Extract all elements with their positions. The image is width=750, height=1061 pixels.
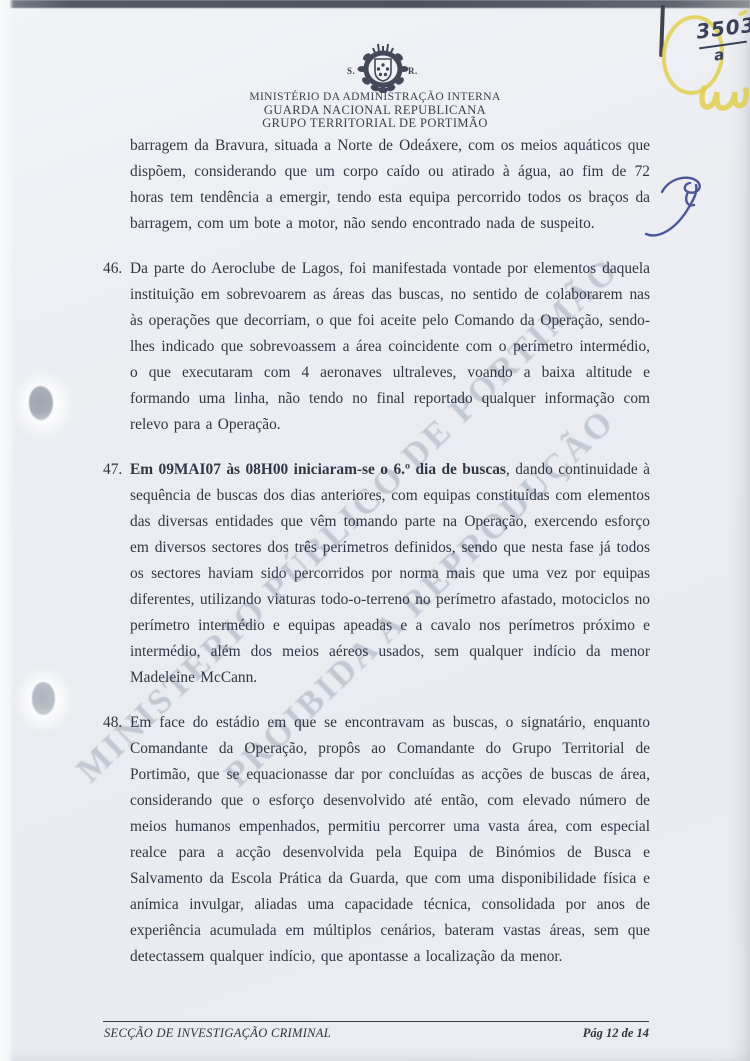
hole-punch-top <box>29 386 53 420</box>
yellow-scribble-annotation <box>698 82 750 116</box>
paragraph-text: Da parte do Aeroclube de Lagos, foi mani… <box>130 260 650 433</box>
paragraph: 48.Em face do estádio em que se encontra… <box>103 710 650 970</box>
paragraph-number: 48. <box>103 710 130 736</box>
footer-rule <box>103 1021 649 1022</box>
paragraph: 47.Em 09MAI07 às 08H00 iniciaram-se o 6.… <box>103 457 650 691</box>
header-ministry: MINISTÉRIO DA ADMINISTRAÇÃO INTERNA <box>0 91 750 103</box>
paragraph: 46.Da parte do Aeroclube de Lagos, foi m… <box>103 256 650 438</box>
page-left-margin <box>0 0 14 1061</box>
crest-letter-s: S. <box>347 66 355 76</box>
footer-section-label: SECÇÃO DE INVESTIGAÇÃO CRIMINAL <box>104 1026 331 1041</box>
crest-letter-r: R. <box>408 66 418 76</box>
hole-punch-bottom <box>32 682 55 715</box>
paragraph-text: Em 09MAI07 às 08H00 iniciaram-se o 6.º d… <box>130 461 650 686</box>
paragraph-number: 46. <box>103 256 130 282</box>
paragraph-number: 47. <box>103 457 130 483</box>
scanned-document-page: S. R. MINISTÉRIO DA ADMINISTRAÇÃO INTERN… <box>0 0 750 1061</box>
paragraph: barragem da Bravura, situada a Norte de … <box>103 133 650 237</box>
header-group: GRUPO TERRITORIAL DE PORTIMÃO <box>0 116 750 131</box>
document-body: barragem da Bravura, situada a Norte de … <box>103 133 650 989</box>
paragraph-text: Em face do estádio em que se encontravam… <box>130 714 650 965</box>
signature-mark <box>638 168 730 246</box>
scanner-top-edge <box>10 0 750 8</box>
footer-page-number: Pág 12 de 14 <box>583 1026 649 1041</box>
paragraph-text: barragem da Bravura, situada a Norte de … <box>130 137 650 232</box>
